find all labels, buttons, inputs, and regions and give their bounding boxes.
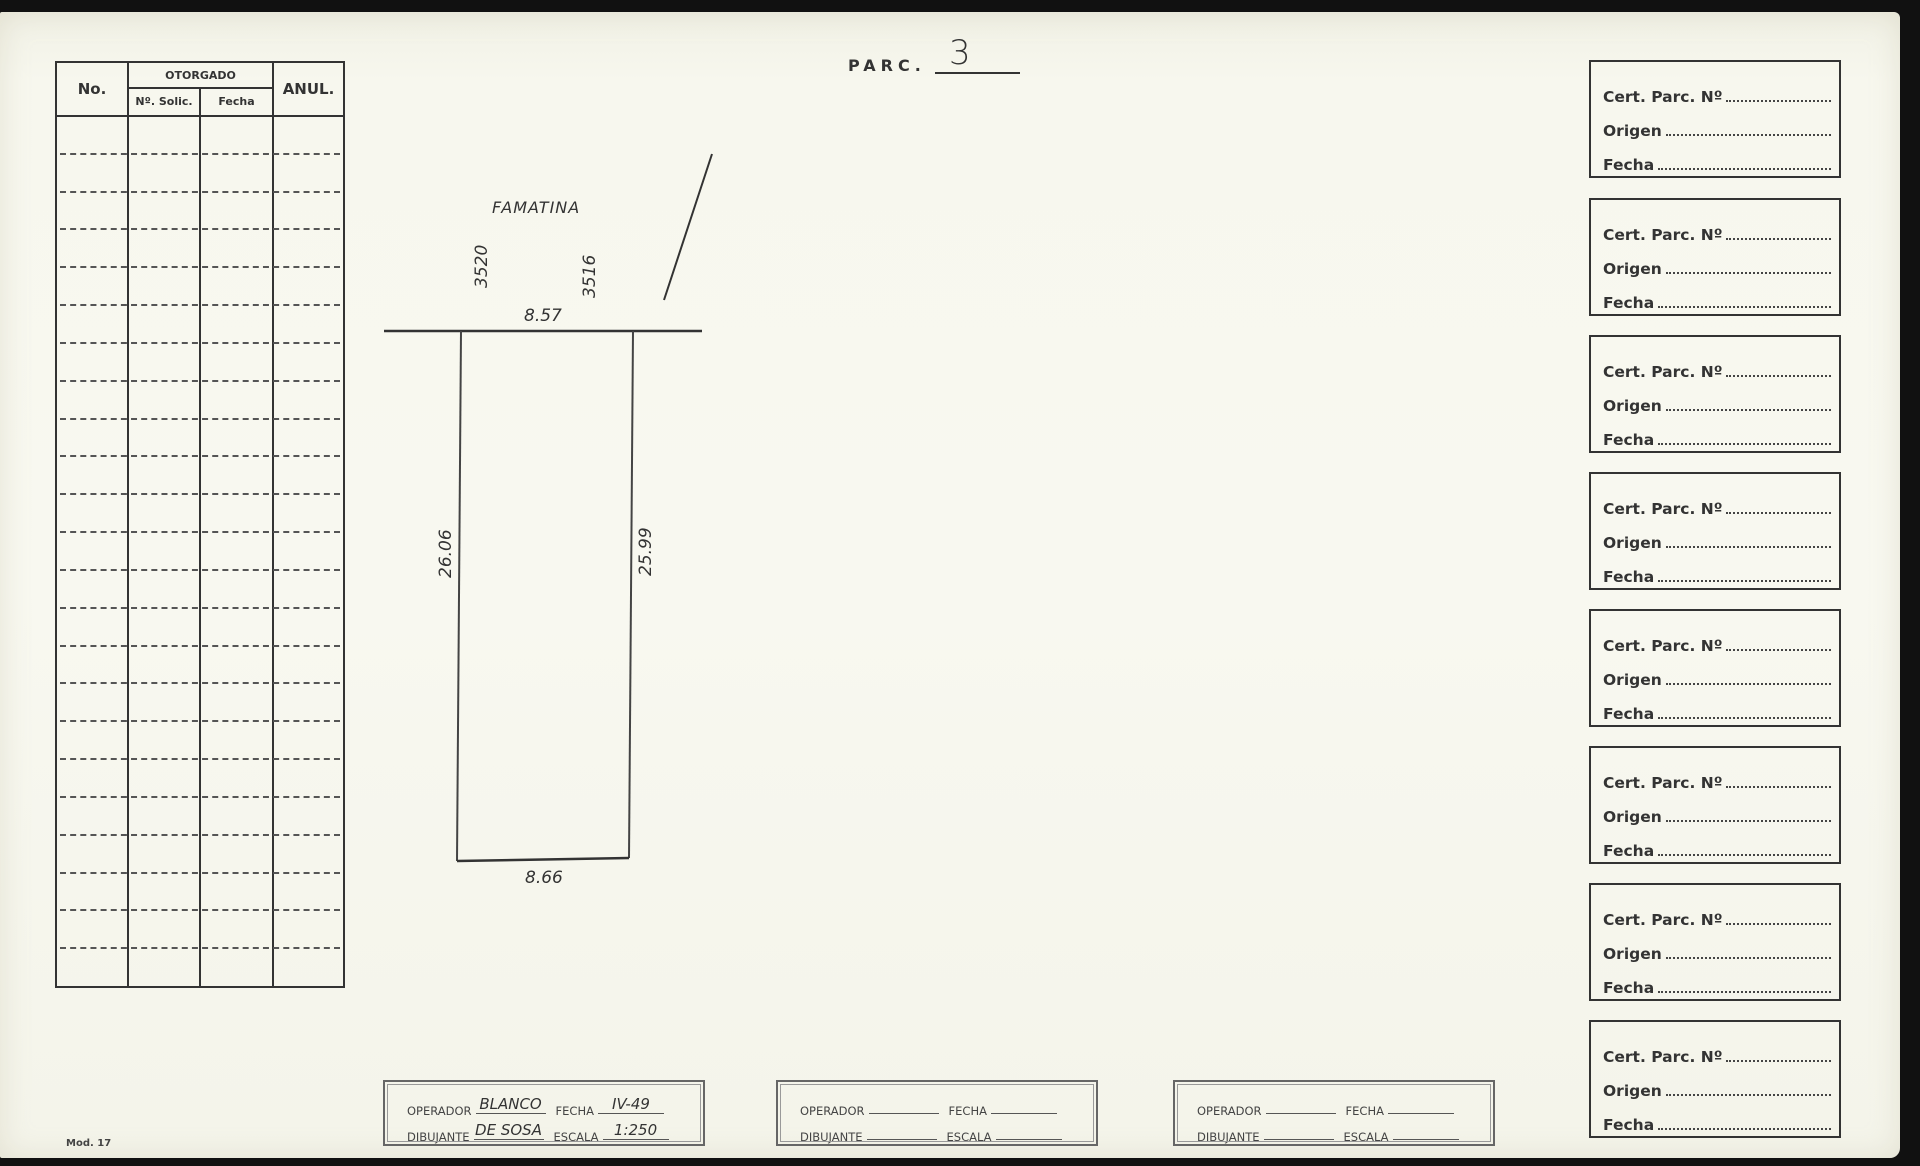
cert-number-line: Cert. Parc. Nº [1603,72,1831,106]
cert-origin-line: Origen [1603,518,1831,552]
cert-origin-field[interactable] [1666,957,1831,959]
form-code: Mod. 17 [66,1138,111,1149]
cert-number-label: Cert. Parc. Nº [1603,1048,1722,1066]
cert-origin-label: Origen [1603,1082,1662,1100]
cert-number-label: Cert. Parc. Nº [1603,637,1722,655]
stamp-row-operator: OPERADOR BLANCO FECHA IV-49 [407,1092,687,1118]
cert-number-label: Cert. Parc. Nº [1603,88,1722,106]
cert-number-label: Cert. Parc. Nº [1603,226,1722,244]
cert-date-label: Fecha [1603,156,1654,174]
cert-date-field[interactable] [1658,306,1831,308]
cert-number-line: Cert. Parc. Nº [1603,621,1831,655]
cert-date-label: Fecha [1603,294,1654,312]
cert-number-line: Cert. Parc. Nº [1603,758,1831,792]
cert-number-field[interactable] [1726,786,1831,788]
cert-number-field[interactable] [1726,375,1831,377]
cert-number-line: Cert. Parc. Nº [1603,1032,1831,1066]
cert-date-line: Fecha [1603,1100,1831,1134]
drafter-label: DIBUJANTE [800,1130,863,1144]
certificate-box: Cert. Parc. Nº Origen Fecha [1589,335,1841,453]
cert-origin-line: Origen [1603,106,1831,140]
cert-number-field[interactable] [1726,1060,1831,1062]
certificate-box: Cert. Parc. Nº Origen Fecha [1589,1020,1841,1138]
cert-number-label: Cert. Parc. Nº [1603,911,1722,929]
cert-number-label: Cert. Parc. Nº [1603,500,1722,518]
cert-origin-label: Origen [1603,808,1662,826]
operator-label: OPERADOR [1197,1104,1262,1118]
cert-origin-field[interactable] [1666,820,1831,822]
cert-origin-line: Origen [1603,381,1831,415]
cert-number-field[interactable] [1726,100,1831,102]
date-field[interactable] [1388,1095,1454,1114]
stamp-row-drafter: DIBUJANTE ESCALA [1197,1118,1477,1144]
certificate-box: Cert. Parc. Nº Origen Fecha [1589,472,1841,590]
cert-number-label: Cert. Parc. Nº [1603,774,1722,792]
cert-date-label: Fecha [1603,1116,1654,1134]
stamp-row-operator: OPERADOR FECHA [800,1092,1080,1118]
cert-number-line: Cert. Parc. Nº [1603,484,1831,518]
cert-origin-label: Origen [1603,122,1662,140]
cert-origin-label: Origen [1603,671,1662,689]
operator-field[interactable]: BLANCO [476,1095,546,1114]
cert-date-line: Fecha [1603,552,1831,586]
certificate-box: Cert. Parc. Nº Origen Fecha [1589,60,1841,178]
stamp-row-operator: OPERADOR FECHA [1197,1092,1477,1118]
certificate-box: Cert. Parc. Nº Origen Fecha [1589,198,1841,316]
drafter-field[interactable]: DE SOSA [474,1121,544,1140]
street-name: FAMATINA [492,198,580,217]
cert-number-field[interactable] [1726,923,1831,925]
cert-origin-field[interactable] [1666,546,1831,548]
cert-number-field[interactable] [1726,238,1831,240]
stamp-row-drafter: DIBUJANTE DE SOSA ESCALA 1:250 [407,1118,687,1144]
cert-origin-label: Origen [1603,397,1662,415]
cert-number-field[interactable] [1726,649,1831,651]
cert-origin-field[interactable] [1666,409,1831,411]
cert-origin-line: Origen [1603,929,1831,963]
operator-field[interactable] [869,1095,939,1114]
parcel-card-sheet: No. OTORGADO Nº. Solic. Fecha ANUL. PARC… [0,12,1900,1158]
scale-field[interactable] [1393,1121,1459,1140]
scale-label: ESCALA [1344,1130,1389,1144]
house-number-left: 3520 [472,245,492,288]
cert-date-field[interactable] [1658,991,1831,993]
stamp-row-drafter: DIBUJANTE ESCALA [800,1118,1080,1144]
cert-origin-field[interactable] [1666,683,1831,685]
cert-date-line: Fecha [1603,689,1831,723]
cert-origin-line: Origen [1603,244,1831,278]
scale-field[interactable]: 1:250 [603,1121,669,1140]
scale-label: ESCALA [554,1130,599,1144]
scale-field[interactable] [996,1121,1062,1140]
cert-date-field[interactable] [1658,1128,1831,1130]
cert-date-label: Fecha [1603,431,1654,449]
operator-field[interactable] [1266,1095,1336,1114]
scale-label: ESCALA [947,1130,992,1144]
draftsman-stamp: OPERADOR FECHA DIBUJANTE ESCALA [1173,1080,1495,1146]
date-field[interactable] [991,1095,1057,1114]
date-label: FECHA [949,1104,987,1118]
cert-origin-line: Origen [1603,792,1831,826]
cert-date-label: Fecha [1603,842,1654,860]
cert-date-label: Fecha [1603,705,1654,723]
date-field[interactable]: IV-49 [598,1095,664,1114]
cert-number-line: Cert. Parc. Nº [1603,210,1831,244]
cert-date-field[interactable] [1658,168,1831,170]
cert-date-line: Fecha [1603,963,1831,997]
cert-date-line: Fecha [1603,140,1831,174]
cert-origin-label: Origen [1603,945,1662,963]
drafter-label: DIBUJANTE [1197,1130,1260,1144]
operator-label: OPERADOR [800,1104,865,1118]
cert-origin-label: Origen [1603,534,1662,552]
cert-number-line: Cert. Parc. Nº [1603,347,1831,381]
cert-date-field[interactable] [1658,717,1831,719]
cert-date-field[interactable] [1658,580,1831,582]
draftsman-stamp: OPERADOR BLANCO FECHA IV-49 DIBUJANTE DE… [383,1080,705,1146]
cert-origin-field[interactable] [1666,272,1831,274]
date-label: FECHA [1346,1104,1384,1118]
draftsman-stamp: OPERADOR FECHA DIBUJANTE ESCALA [776,1080,1098,1146]
certificate-box: Cert. Parc. Nº Origen Fecha [1589,746,1841,864]
certificate-box: Cert. Parc. Nº Origen Fecha [1589,883,1841,1001]
drafter-label: DIBUJANTE [407,1130,470,1144]
cert-date-line: Fecha [1603,826,1831,860]
left-depth: 26.06 [436,529,456,578]
cert-number-line: Cert. Parc. Nº [1603,895,1831,929]
cert-origin-field[interactable] [1666,134,1831,136]
cert-date-field[interactable] [1658,854,1831,856]
cert-date-label: Fecha [1603,979,1654,997]
house-number-right: 3516 [580,255,600,298]
front-width: 8.57 [524,306,562,326]
cert-date-label: Fecha [1603,568,1654,586]
cert-date-field[interactable] [1658,443,1831,445]
cert-origin-field[interactable] [1666,1094,1831,1096]
cert-number-field[interactable] [1726,512,1831,514]
cert-origin-label: Origen [1603,260,1662,278]
right-depth: 25.99 [636,527,656,576]
drafter-field[interactable] [1264,1121,1334,1140]
back-width: 8.66 [525,868,563,888]
cert-date-line: Fecha [1603,278,1831,312]
cert-date-line: Fecha [1603,415,1831,449]
operator-label: OPERADOR [407,1104,472,1118]
cert-origin-line: Origen [1603,1066,1831,1100]
date-label: FECHA [556,1104,594,1118]
cert-origin-line: Origen [1603,655,1831,689]
certificate-box: Cert. Parc. Nº Origen Fecha [1589,609,1841,727]
drafter-field[interactable] [867,1121,937,1140]
cert-number-label: Cert. Parc. Nº [1603,363,1722,381]
